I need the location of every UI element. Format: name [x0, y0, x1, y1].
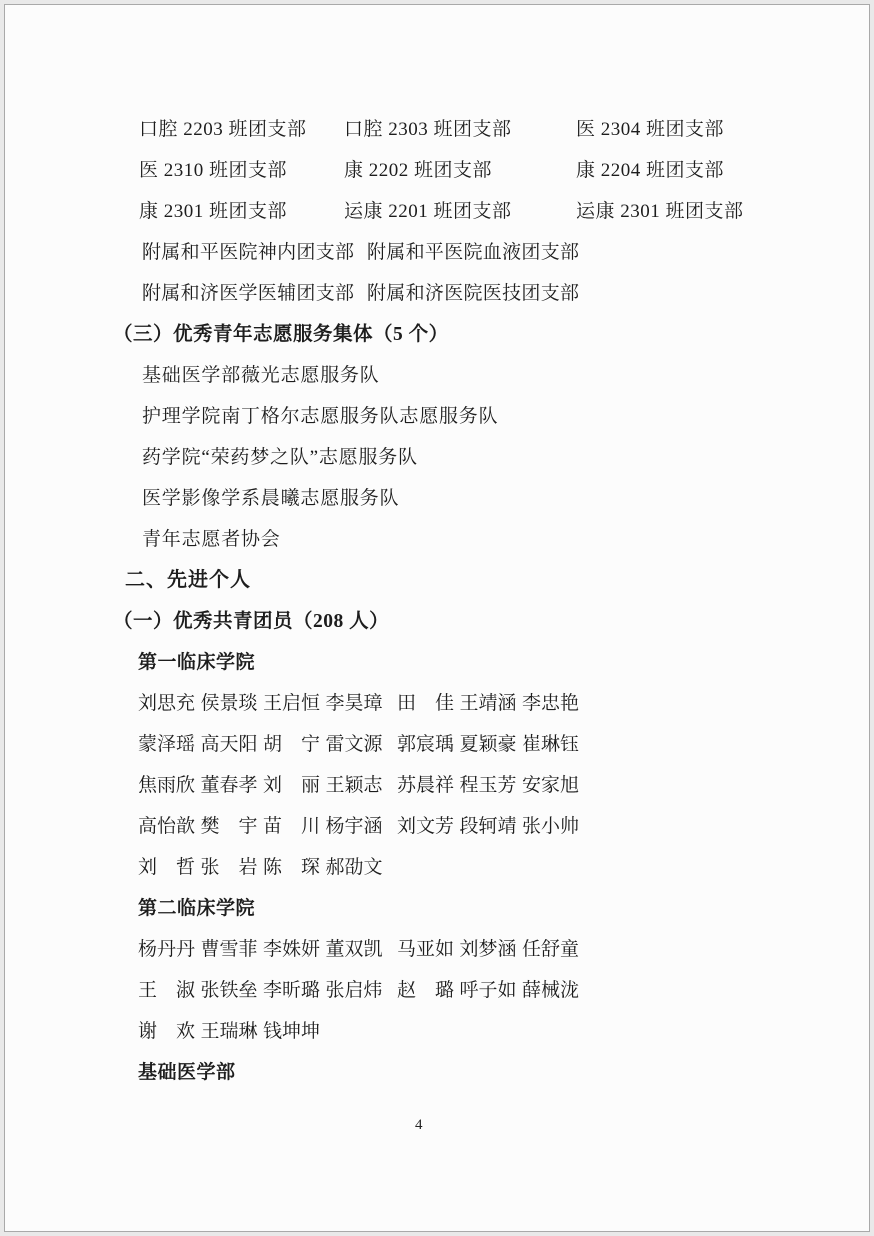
- text: 基础医学部: [138, 1062, 236, 1083]
- person-name: 李姝妍: [263, 929, 321, 970]
- person-name: 崔琳钰: [522, 724, 580, 765]
- text: 青年志愿者协会: [142, 529, 281, 550]
- person-name: 王启恒: [263, 683, 321, 724]
- person-name: 高怡歆: [138, 806, 196, 847]
- college-heading: 第二临床学院: [5, 888, 869, 929]
- names-row: 谢 欢王瑞琳钱坤坤: [5, 1011, 869, 1052]
- person-name: 胡 宁: [263, 724, 321, 765]
- page-number: 4: [415, 1117, 423, 1134]
- hospital-branch-row: 附属和济医学医辅团支部附属和济医院医技团支部: [5, 273, 869, 314]
- branch-list-row: 康 2301 班团支部运康 2201 班团支部运康 2301 班团支部: [5, 191, 869, 232]
- branch-name: 康 2301 班团支部: [139, 191, 344, 232]
- chapter-heading: 二、先进个人: [5, 560, 869, 601]
- person-name: 安家旭: [522, 765, 580, 806]
- branch-name: 医 2310 班团支部: [139, 150, 344, 191]
- person-name: 谢 欢: [138, 1011, 196, 1052]
- branch-name: 附属和平医院神内团支部: [142, 232, 367, 273]
- person-name: 高天阳: [201, 724, 259, 765]
- text: 第二临床学院: [138, 898, 255, 919]
- person-name: 张 岩: [201, 847, 259, 888]
- text: （一）优秀共青团员（208 人）: [113, 611, 389, 632]
- branch-list-row: 口腔 2203 班团支部口腔 2303 班团支部医 2304 班团支部: [5, 109, 869, 150]
- names-row: 王 淑张铁垒李昕璐张启炜赵 璐呼子如薛械泷: [5, 970, 869, 1011]
- person-name: 董双凯: [326, 929, 384, 970]
- person-name: 钱坤坤: [263, 1011, 321, 1052]
- branch-name: 附属和平医院血液团支部: [367, 242, 579, 263]
- volunteer-team-item: 青年志愿者协会: [5, 519, 869, 560]
- person-name: 蒙泽瑶: [138, 724, 196, 765]
- names-row: 杨丹丹曹雪菲李姝妍董双凯马亚如刘梦涵任舒童: [5, 929, 869, 970]
- person-name: 夏颖豪: [460, 724, 518, 765]
- section-heading: （一）优秀共青团员（208 人）: [5, 601, 869, 642]
- text: （三）优秀青年志愿服务集体（5 个）: [113, 324, 449, 345]
- text: 二、先进个人: [125, 569, 251, 591]
- text: 医学影像学系晨曦志愿服务队: [142, 488, 399, 509]
- person-name: 杨宇涵: [326, 806, 384, 847]
- person-name: 董春孝: [201, 765, 259, 806]
- college-heading: 基础医学部: [5, 1052, 869, 1093]
- person-name: 王 淑: [138, 970, 196, 1011]
- names-row: 蒙泽瑶高天阳胡 宁雷文源郭宸瑀夏颖豪崔琳钰: [5, 724, 869, 765]
- branch-list-row: 医 2310 班团支部康 2202 班团支部康 2204 班团支部: [5, 150, 869, 191]
- branch-name: 运康 2301 班团支部: [576, 191, 744, 232]
- text: 药学院“荣药梦之队”志愿服务队: [142, 447, 418, 468]
- person-name: 段轲靖: [460, 806, 518, 847]
- text: 第一临床学院: [138, 652, 255, 673]
- person-name: 呼子如: [460, 970, 518, 1011]
- person-name: 张启炜: [326, 970, 384, 1011]
- person-name: 张铁垒: [201, 970, 259, 1011]
- branch-name: 康 2204 班团支部: [576, 150, 724, 191]
- volunteer-team-item: 药学院“荣药梦之队”志愿服务队: [5, 437, 869, 478]
- person-name: 雷文源: [326, 724, 384, 765]
- names-row: 焦雨欣董春孝刘 丽王颖志苏晨祥程玉芳安家旭: [5, 765, 869, 806]
- document-page: 口腔 2203 班团支部口腔 2303 班团支部医 2304 班团支部医 231…: [4, 4, 870, 1232]
- names-row: 刘 哲张 岩陈 琛郝劭文: [5, 847, 869, 888]
- text: 基础医学部薇光志愿服务队: [142, 365, 380, 386]
- person-name: 刘思充: [138, 683, 196, 724]
- section-heading: （三）优秀青年志愿服务集体（5 个）: [5, 314, 869, 355]
- person-name: 刘文芳: [397, 806, 455, 847]
- person-name: 苗 川: [263, 806, 321, 847]
- person-name: 刘 丽: [263, 765, 321, 806]
- branch-name: 口腔 2203 班团支部: [139, 109, 344, 150]
- names-row: 高怡歆樊 宇苗 川杨宇涵刘文芳段轲靖张小帅: [5, 806, 869, 847]
- person-name: 张小帅: [522, 806, 580, 847]
- person-name: 苏晨祥: [397, 765, 455, 806]
- branch-name: 口腔 2303 班团支部: [344, 109, 576, 150]
- person-name: 程玉芳: [460, 765, 518, 806]
- names-row: 刘思充侯景琰王启恒李昊璋田 佳王靖涵李忠艳: [5, 683, 869, 724]
- person-name: 赵 璐: [397, 970, 455, 1011]
- volunteer-team-item: 医学影像学系晨曦志愿服务队: [5, 478, 869, 519]
- branch-name: 运康 2201 班团支部: [344, 191, 576, 232]
- person-name: 刘梦涵: [460, 929, 518, 970]
- person-name: 焦雨欣: [138, 765, 196, 806]
- college-heading: 第一临床学院: [5, 642, 869, 683]
- volunteer-team-item: 基础医学部薇光志愿服务队: [5, 355, 869, 396]
- person-name: 郝劭文: [326, 847, 384, 888]
- person-name: 侯景琰: [201, 683, 259, 724]
- person-name: 马亚如: [397, 929, 455, 970]
- person-name: 王靖涵: [460, 683, 518, 724]
- volunteer-team-item: 护理学院南丁格尔志愿服务队志愿服务队: [5, 396, 869, 437]
- person-name: 薛械泷: [522, 970, 580, 1011]
- person-name: 曹雪菲: [201, 929, 259, 970]
- branch-name: 附属和济医学医辅团支部: [142, 273, 367, 314]
- person-name: 李昕璐: [263, 970, 321, 1011]
- person-name: 樊 宇: [201, 806, 259, 847]
- person-name: 刘 哲: [138, 847, 196, 888]
- person-name: 杨丹丹: [138, 929, 196, 970]
- person-name: 陈 琛: [263, 847, 321, 888]
- branch-name: 附属和济医院医技团支部: [367, 283, 579, 304]
- person-name: 李忠艳: [522, 683, 580, 724]
- person-name: 郭宸瑀: [397, 724, 455, 765]
- person-name: 田 佳: [397, 683, 455, 724]
- document-body: 口腔 2203 班团支部口腔 2303 班团支部医 2304 班团支部医 231…: [5, 5, 869, 1093]
- branch-name: 康 2202 班团支部: [344, 150, 576, 191]
- person-name: 李昊璋: [326, 683, 384, 724]
- person-name: 任舒童: [522, 929, 580, 970]
- text: 护理学院南丁格尔志愿服务队志愿服务队: [142, 406, 498, 427]
- person-name: 王瑞琳: [201, 1011, 259, 1052]
- hospital-branch-row: 附属和平医院神内团支部附属和平医院血液团支部: [5, 232, 869, 273]
- screenshot-root: { "page": { "number": "4", "background":…: [0, 0, 874, 1236]
- branch-name: 医 2304 班团支部: [576, 109, 724, 150]
- person-name: 王颖志: [326, 765, 384, 806]
